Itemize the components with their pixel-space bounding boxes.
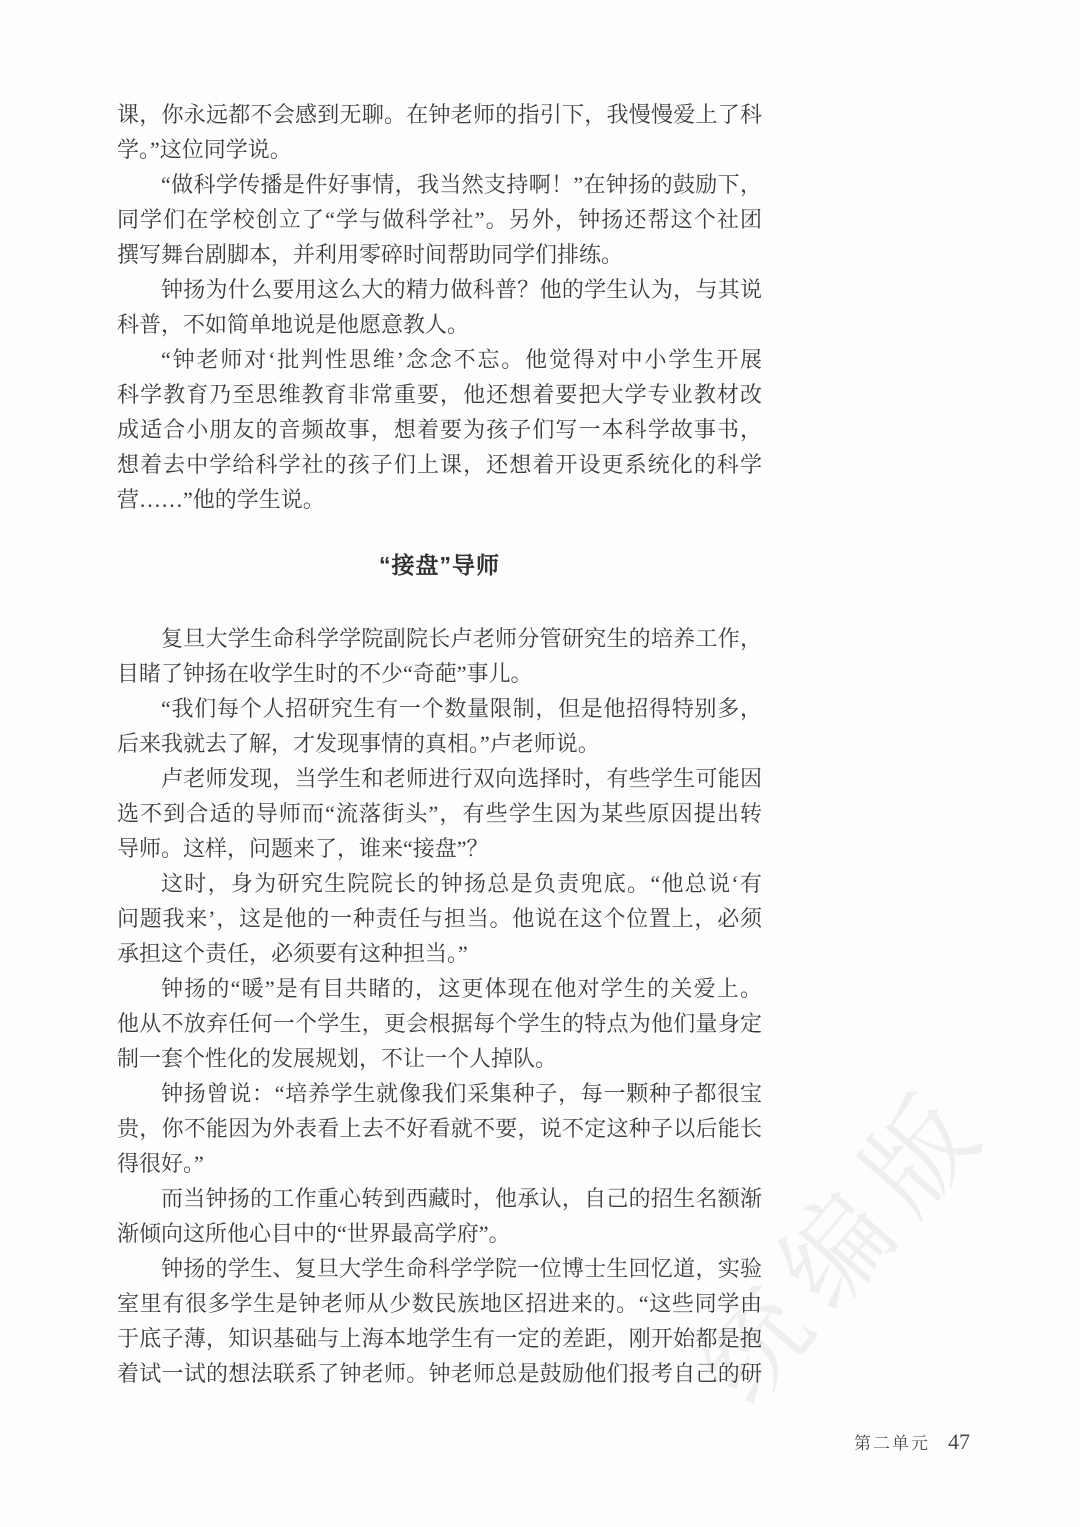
textbook-page: 统编版 课，你永远都不会感到无聊。在钟老师的指引下，我慢慢爱上了科 学。”这位同… xyxy=(0,0,1080,1527)
text-line: 于底子薄，知识基础与上海本地学生有一定的差距，刚开始都是抱 xyxy=(117,1321,762,1356)
text-line: 想着去中学给科学社的孩子们上课，还想着开设更系统化的科学 xyxy=(117,447,762,482)
text-line: 承担这个责任，必须要有这种担当。” xyxy=(117,936,762,971)
paragraph: 这时，身为研究生院院长的钟扬总是负责兜底。“他总说‘有 问题我来’，这是他的一种… xyxy=(117,866,762,971)
paragraph: 钟扬的学生、复旦大学生命科学学院一位博士生回忆道，实验 室里有很多学生是钟老师从… xyxy=(117,1251,762,1391)
text-column: 课，你永远都不会感到无聊。在钟老师的指引下，我慢慢爱上了科 学。”这位同学说。 … xyxy=(117,0,762,1391)
paragraph: 复旦大学生命科学学院副院长卢老师分管研究生的培养工作， 目睹了钟扬在收学生时的不… xyxy=(117,621,762,691)
text-line: 学。”这位同学说。 xyxy=(117,132,762,167)
text-line: 科普，不如简单地说是他愿意教人。 xyxy=(117,307,762,342)
text-line: 钟扬为什么要用这么大的精力做科普？他的学生认为，与其说 xyxy=(117,272,762,307)
text-line: 后来我就去了解，才发现事情的真相。”卢老师说。 xyxy=(117,726,762,761)
text-line: “钟老师对‘批判性思维’念念不忘。他觉得对中小学生开展 xyxy=(117,342,762,377)
text-line: 成适合小朋友的音频故事，想着要为孩子们写一本科学故事书， xyxy=(117,412,762,447)
footer-unit-label: 第二单元 xyxy=(854,1429,930,1454)
text-line: 撰写舞台剧脚本，并利用零碎时间帮助同学们排练。 xyxy=(117,237,762,272)
text-line: 贵，你不能因为外表看上去不好看就不要，说不定这种子以后能长 xyxy=(117,1111,762,1146)
text-line: 选不到合适的导师而“流落街头”，有些学生因为某些原因提出转 xyxy=(117,796,762,831)
paragraph: “钟老师对‘批判性思维’念念不忘。他觉得对中小学生开展 科学教育乃至思维教育非常… xyxy=(117,342,762,517)
text-line: 营……”他的学生说。 xyxy=(117,482,762,517)
text-line: 钟扬的学生、复旦大学生命科学学院一位博士生回忆道，实验 xyxy=(117,1251,762,1286)
text-line: 钟扬的“暖”是有目共睹的，这更体现在他对学生的关爱上。 xyxy=(117,971,762,1006)
paragraph: 而当钟扬的工作重心转到西藏时，他承认，自己的招生名额渐 渐倾向这所他心目中的“世… xyxy=(117,1181,762,1251)
text-line: 制一套个性化的发展规划，不让一个人掉队。 xyxy=(117,1041,762,1076)
text-line: 课，你永远都不会感到无聊。在钟老师的指引下，我慢慢爱上了科 xyxy=(117,97,762,132)
text-line: 导师。这样，问题来了，谁来“接盘”？ xyxy=(117,831,762,866)
text-line: 科学教育乃至思维教育非常重要，他还想着要把大学专业教材改 xyxy=(117,377,762,412)
text-line: 这时，身为研究生院院长的钟扬总是负责兜底。“他总说‘有 xyxy=(117,866,762,901)
paragraph: 课，你永远都不会感到无聊。在钟老师的指引下，我慢慢爱上了科 学。”这位同学说。 xyxy=(117,97,762,167)
paragraph: 钟扬为什么要用这么大的精力做科普？他的学生认为，与其说 科普，不如简单地说是他愿… xyxy=(117,272,762,342)
paragraph: “我们每个人招研究生有一个数量限制，但是他招得特别多， 后来我就去了解，才发现事… xyxy=(117,691,762,761)
paragraph: “做科学传播是件好事情，我当然支持啊！”在钟扬的鼓励下， 同学们在学校创立了“学… xyxy=(117,167,762,272)
text-line: 室里有很多学生是钟老师从少数民族地区招进来的。“这些同学由 xyxy=(117,1286,762,1321)
section-heading: “接盘”导师 xyxy=(117,548,762,583)
text-line: 问题我来’，这是他的一种责任与担当。他说在这个位置上，必须 xyxy=(117,901,762,936)
paragraph: 卢老师发现，当学生和老师进行双向选择时，有些学生可能因 选不到合适的导师而“流落… xyxy=(117,761,762,866)
text-line: 卢老师发现，当学生和老师进行双向选择时，有些学生可能因 xyxy=(117,761,762,796)
text-line: 他从不放弃任何一个学生，更会根据每个学生的特点为他们量身定 xyxy=(117,1006,762,1041)
text-line: 复旦大学生命科学学院副院长卢老师分管研究生的培养工作， xyxy=(117,621,762,656)
page-footer: 第二单元 47 xyxy=(854,1429,970,1455)
footer-page-number: 47 xyxy=(948,1429,970,1455)
paragraph: 钟扬的“暖”是有目共睹的，这更体现在他对学生的关爱上。 他从不放弃任何一个学生，… xyxy=(117,971,762,1076)
text-line: 钟扬曾说：“培养学生就像我们采集种子，每一颗种子都很宝 xyxy=(117,1076,762,1111)
text-line: 得很好。” xyxy=(117,1146,762,1181)
text-line: 着试一试的想法联系了钟老师。钟老师总是鼓励他们报考自己的研 xyxy=(117,1356,762,1391)
text-line: 目睹了钟扬在收学生时的不少“奇葩”事儿。 xyxy=(117,656,762,691)
paragraph: 钟扬曾说：“培养学生就像我们采集种子，每一颗种子都很宝 贵，你不能因为外表看上去… xyxy=(117,1076,762,1181)
text-line: 而当钟扬的工作重心转到西藏时，他承认，自己的招生名额渐 xyxy=(117,1181,762,1216)
text-line: “做科学传播是件好事情，我当然支持啊！”在钟扬的鼓励下， xyxy=(117,167,762,202)
text-line: “我们每个人招研究生有一个数量限制，但是他招得特别多， xyxy=(117,691,762,726)
text-line: 同学们在学校创立了“学与做科学社”。另外，钟扬还帮这个社团 xyxy=(117,202,762,237)
text-line: 渐倾向这所他心目中的“世界最高学府”。 xyxy=(117,1216,762,1251)
